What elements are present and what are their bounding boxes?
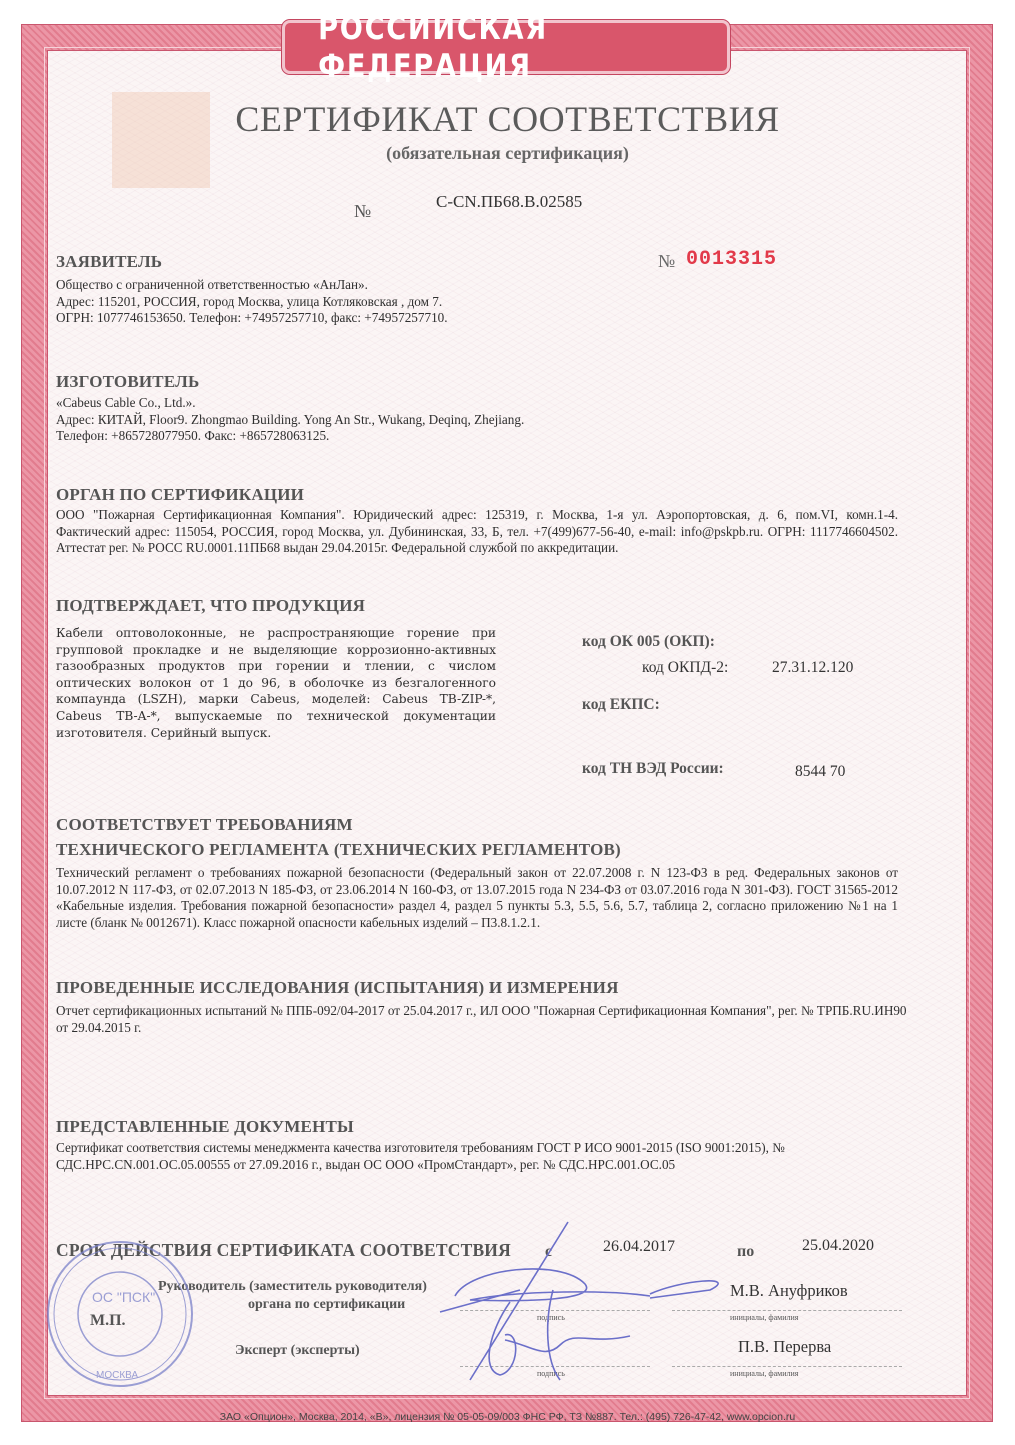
applicant-line: Общество с ограниченной ответственностью… [56,277,448,294]
document-subtitle: (обязательная сертификация) [0,143,1015,164]
printer-footer: ЗАО «Опцион», Москва, 2014, «В», лицензи… [0,1411,1015,1423]
banner-text: РОССИЙСКАЯ ФЕДЕРАЦИЯ [318,9,694,85]
tests-text: Отчет сертификационных испытаний № ППБ-0… [56,1003,916,1036]
validity-from-label: с [545,1243,552,1261]
applicant-heading: ЗАЯВИТЕЛЬ [56,252,162,272]
code-ekps-label: код ЕКПС: [582,696,660,714]
applicant-line: ОГРН: 1077746153650. Телефон: +749572577… [56,310,448,327]
documents-heading: ПРЕДСТАВЛЕННЫЕ ДОКУМЕНТЫ [56,1117,354,1137]
certificate-number: C-CN.ПБ68.В.02585 [436,192,582,212]
cert-body-heading: ОРГАН ПО СЕРТИФИКАЦИИ [56,485,304,505]
head-signature-line [460,1310,650,1311]
product-description: Кабели оптоволоконные, не распространяющ… [56,625,496,741]
code-okpd2-value: 27.31.12.120 [772,659,853,677]
tests-heading: ПРОВЕДЕННЫЕ ИССЛЕДОВАНИЯ (ИСПЫТАНИЯ) И И… [56,978,619,998]
expert-label: Эксперт (эксперты) [235,1343,360,1359]
serial-number-sign: № [658,251,675,272]
applicant-details: Общество с ограниченной ответственностью… [56,277,448,327]
documents-text: Сертификат соответствия системы менеджме… [56,1140,916,1173]
head-label-line1: Руководитель (заместитель руководителя) [158,1279,427,1295]
validity-to-date: 25.04.2020 [802,1237,874,1255]
code-tnved-label: код ТН ВЭД России: [582,760,724,778]
validity-heading: СРОК ДЕЙСТВИЯ СЕРТИФИКАТА СООТВЕТСТВИЯ [56,1240,511,1261]
expert-name-caption: инициалы, фамилия [730,1369,798,1378]
head-name-line [672,1310,902,1311]
code-okpd2-label: код ОКПД-2: [642,659,728,677]
manufacturer-line: «Cabeus Cable Co., Ltd.». [56,395,524,412]
serial-number: 0013315 [686,248,777,271]
manufacturer-details: «Cabeus Cable Co., Ltd.». Адрес: КИТАЙ, … [56,395,524,445]
country-banner: РОССИЙСКАЯ ФЕДЕРАЦИЯ [282,20,730,74]
code-tnved-value: 8544 70 [795,763,845,781]
cert-body-text: ООО "Пожарная Сертификационная Компания"… [56,507,898,557]
validity-to-label: по [737,1243,754,1261]
expert-name: П.В. Перерва [738,1337,831,1357]
requirements-heading-1: СООТВЕТСТВУЕТ ТРЕБОВАНИЯМ [56,815,353,835]
seal-label: М.П. [90,1312,126,1330]
applicant-line: Адрес: 115201, РОССИЯ, город Москва, ули… [56,294,448,311]
head-signature-caption: подпись [537,1313,565,1322]
number-sign: № [354,201,371,222]
code-ok005-label: код ОК 005 (ОКП): [582,633,715,651]
requirements-text: Технический регламент о требованиях пожа… [56,865,898,932]
manufacturer-line: Адрес: КИТАЙ, Floor9. Zhongmao Building.… [56,412,524,429]
validity-from-date: 26.04.2017 [603,1238,675,1256]
expert-signature-caption: подпись [537,1369,565,1378]
product-heading: ПОДТВЕРЖДАЕТ, ЧТО ПРОДУКЦИЯ [56,596,365,616]
manufacturer-heading: ИЗГОТОВИТЕЛЬ [56,372,199,392]
head-name: М.В. Ануфриков [730,1281,848,1301]
requirements-heading-2: ТЕХНИЧЕСКОГО РЕГЛАМЕНТА (ТЕХНИЧЕСКИХ РЕГ… [56,840,621,860]
manufacturer-line: Телефон: +865728077950. Факс: +865728063… [56,428,524,445]
expert-signature-line [460,1366,650,1367]
head-label-line2: органа по сертификации [248,1297,405,1313]
expert-name-line [672,1366,902,1367]
head-name-caption: инициалы, фамилия [730,1313,798,1322]
document-title: СЕРТИФИКАТ СООТВЕТСТВИЯ [0,98,1015,140]
